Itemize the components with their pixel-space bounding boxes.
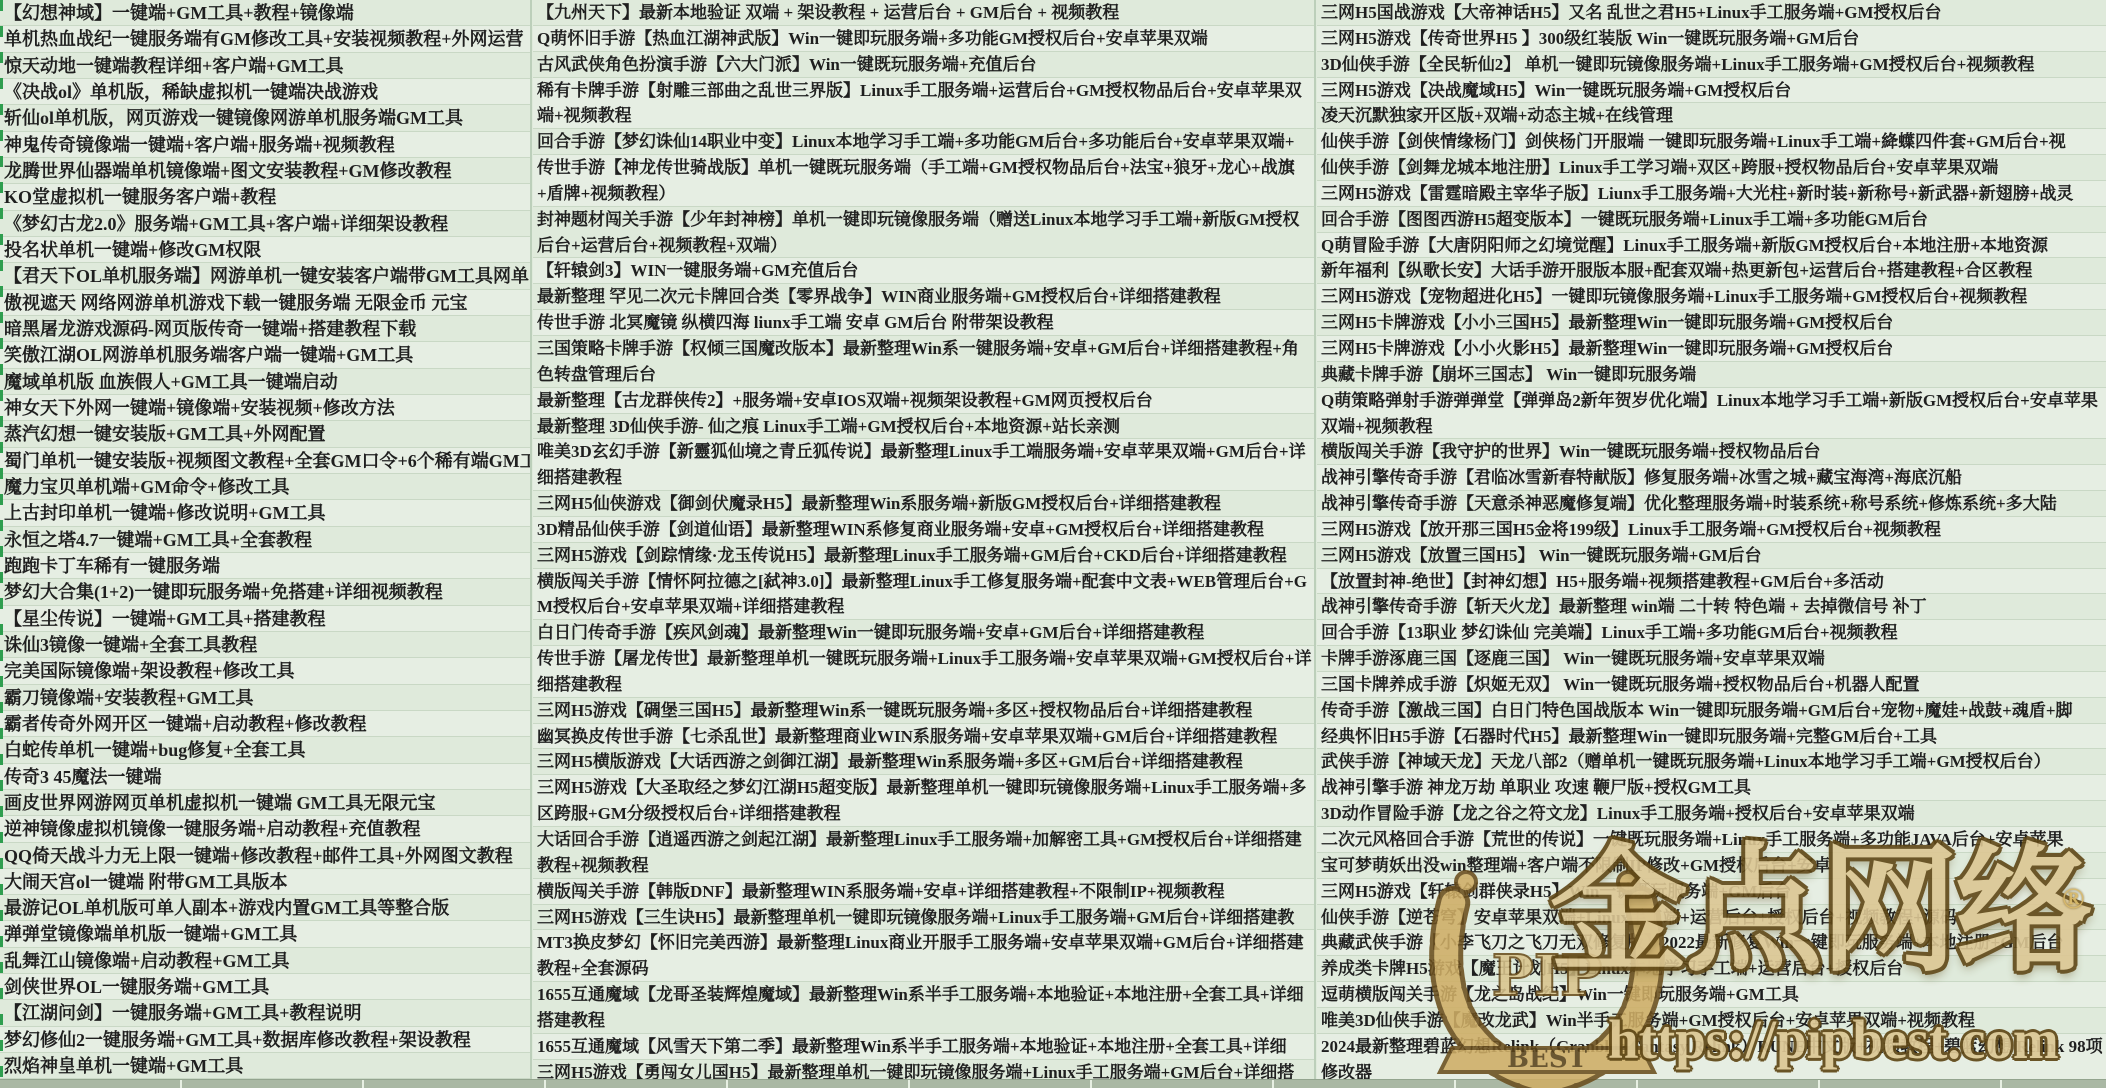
list-item: 传世手游 北冥魔镜 纵横四海 liunx手工端 安卓 GM后台 附带架设教程 (533, 310, 1314, 336)
list-item: 神鬼传奇镜像端一键端+客户端+服务端+视频教程 (0, 132, 531, 158)
list-item: 《梦幻古龙2.0》服务端+GM工具+客户端+详细架设教程 (0, 211, 531, 237)
column-divider (1314, 0, 1316, 1088)
list-item: 【放置封神-绝世】【封神幻想】H5+服务端+视频搭建教程+GM后台+多活动 (1317, 569, 2106, 595)
list-item: 横版闯关手游【情怀阿拉德之[弑神3.0]】最新整理Linux手工修复服务端+配套… (533, 569, 1314, 621)
list-item: 弹弹堂镜像端单机版一键端+GM工具 (0, 921, 531, 947)
list-item: 蒸汽幻想一键安装版+GM工具+外网配置 (0, 421, 531, 447)
list-item: 三网H5卡牌游戏【小小三国H5】最新整理Win一键即玩服务端+GM授权后台 (1317, 310, 2106, 336)
list-item: KO堂虚拟机一键服务客户端+教程 (0, 184, 531, 210)
list-item: 二次元风格回合手游【荒世的传说】一键既玩服务端+Linux手工服务端+多功能JA… (1317, 827, 2106, 853)
list-item: 大闹天宫ol一键端 附带GM工具版本 (0, 869, 531, 895)
list-item: 【君天下OL单机服务端】网游单机一键安装客户端带GM工具网单 (0, 263, 531, 289)
list-item: 经典怀旧H5手游【石器时代H5】最新整理Win一键即玩服务端+完整GM后台+工具 (1317, 724, 2106, 750)
list-item: 传世手游【神龙传世骑战版】单机一键既玩服务端（手工端+GM授权物品后台+法宝+狼… (533, 155, 1314, 207)
list-item: 宝可梦萌妖出没win整理端+客户端不限制IP修改+GM授权后台+安卓 (1317, 853, 2106, 879)
cropped-next-row-strip (0, 1079, 2106, 1088)
list-item: 典藏武侠手游【小李飞刀之飞刀无双修复版】2022最新修复Win一键即玩服务端+本… (1317, 930, 2106, 956)
list-item: 战神引擎传奇手游【天意杀神恶魔修复端】优化整理服务端+时装系统+称号系统+修炼系… (1317, 491, 2106, 517)
list-item: 三网H5仙侠游戏【御剑伏魔录H5】最新整理Win系服务端+新版GM授权后台+详细… (533, 491, 1314, 517)
list-item: 唯美3D仙侠手游【魔改龙武】Win半手工服务端+GM授权后台+安卓苹果双端+视频… (1317, 1008, 2106, 1034)
list-item: 《决战ol》单机版，稀缺虚拟机一键端决战游戏 (0, 79, 531, 105)
list-item: 大话回合手游【逍遥西游之剑起江湖】最新整理Linux手工服务端+加解密工具+GM… (533, 827, 1314, 879)
list-item: 三网H5游戏【决战魔域H5】Win一键既玩服务端+GM授权后台 (1317, 78, 2106, 104)
list-item: 霸者传奇外网开区一键端+启动教程+修改教程 (0, 711, 531, 737)
list-item: 上古封印单机一键端+修改说明+GM工具 (0, 500, 531, 526)
list-item: 三网H5游戏【大圣取经之梦幻江湖H5超变版】最新整理单机一键即玩镜像服务端+Li… (533, 775, 1314, 827)
list-item: 三国卡牌养成手游【炽姬无双】 Win一键既玩服务端+授权物品后台+机器人配置 (1317, 672, 2106, 698)
list-item: 最游记OL单机版可单人副本+游戏内置GM工具等整合版 (0, 895, 531, 921)
list-item: 梦幻修仙2一键服务端+GM工具+数据库修改教程+架设教程 (0, 1027, 531, 1053)
list-item: 横版闯关手游【韩版DNF】最新整理WIN系服务端+安卓+详细搭建教程+不限制IP… (533, 879, 1314, 905)
list-item: 笑傲江湖OL网游单机服务端客户端一键端+GM工具 (0, 342, 531, 368)
list-item: 【江湖问剑】一键服务端+GM工具+教程说明 (0, 1000, 531, 1026)
list-item: MT3换皮梦幻【怀旧完美西游】最新整理Linux商业开服手工服务端+安卓苹果双端… (533, 930, 1314, 982)
list-item: 三网H5游戏【放开那三国H5金将199级】Linux手工服务端+GM授权后台+视… (1317, 517, 2106, 543)
list-item: 最新整理【古龙群侠传2】+服务端+安卓IOS双端+视频架设教程+GM网页授权后台 (533, 388, 1314, 414)
list-item: 【轩辕剑3】WIN一键服务端+GM充值后台 (533, 258, 1314, 284)
list-item: 惊天动地一键端教程详细+客户端+GM工具 (0, 53, 531, 79)
listing-column-1: 【幻想神域】一键端+GM工具+教程+镜像端单机热血战纪一键服务端有GM修改工具+… (0, 0, 531, 1079)
list-item: 三网H5游戏【放置三国H5】 Win一键既玩服务端+GM后台 (1317, 543, 2106, 569)
list-item: 传世手游【屠龙传世】最新整理单机一键既玩服务端+Linux手工服务端+安卓苹果双… (533, 646, 1314, 698)
list-item: 单机热血战纪一键服务端有GM修改工具+安装视频教程+外网运营 (0, 26, 531, 52)
list-item: 三网H5游戏【雷霆暗殿主宰华子版】Liunx手工服务端+大光柱+新时装+新称号+… (1317, 181, 2106, 207)
list-item: 武侠手游【神域天龙】天龙八部2（赠单机一键既玩服务端+Linux本地学习手工端+… (1317, 749, 2106, 775)
list-item: 永恒之塔4.7一键端+GM工具+全套教程 (0, 527, 531, 553)
list-item: 三国策略卡牌手游【权倾三国魔改版本】最新整理Win系一键服务端+安卓+GM后台+… (533, 336, 1314, 388)
list-item: 斩仙ol单机版，网页游戏一键镜像网游单机服务端GM工具 (0, 105, 531, 131)
list-item: 逆神镜像虚拟机镜像一键服务端+启动教程+充值教程 (0, 816, 531, 842)
list-item: 霸刀镜像端+安装教程+GM工具 (0, 685, 531, 711)
list-item: 3D仙侠手游【全民斩仙2】 单机一键即玩镜像服务端+Linux手工服务端+GM授… (1317, 52, 2106, 78)
list-item: 战神引擎传奇手游【君临冰雪新春特献版】修复服务端+冰雪之城+藏宝海湾+海底沉船 (1317, 465, 2106, 491)
list-item: 三网H5游戏【三生诀H5】最新整理单机一键即玩镜像服务端+Linux手工服务端+… (533, 905, 1314, 931)
list-item: 【九州天下】最新本地验证 双端 + 架设教程 + 运营后台 + GM后台 + 视… (533, 0, 1314, 26)
list-item: 1655互通魔域【风雪天下第二季】最新整理Win系半手工服务端+本地验证+本地注… (533, 1034, 1314, 1060)
list-item: 梦幻大合集(1+2)一键即玩服务端+免搭建+详细视频教程 (0, 579, 531, 605)
column-divider (530, 0, 532, 1088)
list-item: 最新整理 罕见二次元卡牌回合类【零界战争】WIN商业服务端+GM授权后台+详细搭… (533, 284, 1314, 310)
list-item: Q萌策略弹射手游弹弹堂【弹弹岛2新年贺岁优化端】Linux本地学习手工端+新版G… (1317, 388, 2106, 440)
list-item: 凌天沉默独家开区版+双端+动态主城+在线管理 (1317, 103, 2106, 129)
list-item: 传奇3 45魔法一键端 (0, 764, 531, 790)
list-item: Q萌冒险手游【大唐阴阳师之幻境觉醒】Linux手工服务端+新版GM授权后台+本地… (1317, 233, 2106, 259)
list-item: 回合手游【13职业 梦幻诛仙 完美端】Linux手工端+多功能GM后台+视频教程 (1317, 620, 2106, 646)
list-item: 蜀门单机一键安装版+视频图文教程+全套GM口令+6个稀有端GM工具 (0, 448, 531, 474)
list-item: 战神引擎手游 神龙万劫 单职业 攻速 鞭尸版+授权GM工具 (1317, 775, 2106, 801)
list-item: 逗萌横版闯关手游【龙之岛战纪】Win一键即玩服务端+GM工具 (1317, 982, 2106, 1008)
list-item: 傲视遮天 网络网游单机游戏下载一键服务端 无限金币 元宝 (0, 290, 531, 316)
list-item: 三网H5游戏【剑踪情缘·龙玉传说H5】最新整理Linux手工服务端+GM后台+C… (533, 543, 1314, 569)
list-item: 乱舞江山镜像端+启动教程+GM工具 (0, 948, 531, 974)
list-item: 仙侠手游【剑侠情缘杨门】剑侠杨门开服端 一键即玩服务端+Linux手工端+絳蠂四… (1317, 129, 2106, 155)
list-item: 白日门传奇手游【疾风剑魂】最新整理Win一键即玩服务端+安卓+GM后台+详细搭建… (533, 620, 1314, 646)
list-item: 唯美3D玄幻手游【新靈狐仙境之青丘狐传说】最新整理Linux手工端服务端+安卓苹… (533, 439, 1314, 491)
list-item: 稀有卡牌手游【射雕三部曲之乱世三界版】Linux手工服务端+运营后台+GM授权物… (533, 78, 1314, 130)
list-item: 2024最新整理碧蓝幻想Relink（Granblue Fantasy Reli… (1317, 1034, 2106, 1086)
list-item: 三网H5横版游戏【大话西游之剑御江湖】最新整理Win系服务端+多区+GM后台+详… (533, 749, 1314, 775)
table-left-dashed-border (0, 0, 3, 1088)
list-item: 【幻想神域】一键端+GM工具+教程+镜像端 (0, 0, 531, 26)
list-item: Q萌怀旧手游【热血江湖神武版】Win一键即玩服务端+多功能GM授权后台+安卓苹果… (533, 26, 1314, 52)
list-item: 封神题材闯关手游【少年封神榜】单机一键即玩镜像服务端（赠送Linux本地学习手工… (533, 207, 1314, 259)
list-item: 仙侠手游【剑舞龙城本地注册】Linux手工学习端+双区+跨服+授权物品后台+安卓… (1317, 155, 2106, 181)
list-item: 回合手游【图图西游H5超变版本】一键既玩服务端+Linux手工端+多功能GM后台 (1317, 207, 2106, 233)
list-item: 卡牌手游涿鹿三国【逐鹿三国】 Win一键既玩服务端+安卓苹果双端 (1317, 646, 2106, 672)
list-item: 1655互通魔域【龙哥圣装辉煌魔域】最新整理Win系半手工服务端+本地验证+本地… (533, 982, 1314, 1034)
list-item: 最新整理 3D仙侠手游- 仙之痕 Linux手工端+GM授权后台+本地资源+站长… (533, 414, 1314, 440)
list-item: 诛仙3镜像一键端+全套工具教程 (0, 632, 531, 658)
list-item: 神女天下外网一键端+镜像端+安装视频+修改方法 (0, 395, 531, 421)
list-item: 三网H5游戏【轩辕剑群侠录H5】Win一键既玩服务端+GM后台 (1317, 879, 2106, 905)
list-item: 新年福利【纵歌长安】大话手游开服版本服+配套双端+热更新包+运营后台+搭建教程+… (1317, 258, 2106, 284)
list-item: 3D动作冒险手游【龙之谷之符文龙】Linux手工服务端+授权后台+安卓苹果双端 (1317, 801, 2106, 827)
list-item: 战神引擎传奇手游【斩天火龙】最新整理 win端 二十转 特色端 + 去掉微信号 … (1317, 594, 2106, 620)
list-item: QQ倚天战斗力无上限一键端+修改教程+邮件工具+外网图文教程 (0, 843, 531, 869)
list-item: 三网H5游戏【碉堡三国H5】最新整理Win系一键既玩服务端+多区+授权物品后台+… (533, 698, 1314, 724)
list-item: 横版闯关手游【我守护的世界】Win一键既玩服务端+授权物品后台 (1317, 439, 2106, 465)
list-item: 烈焰神皇单机一键端+GM工具 (0, 1053, 531, 1079)
list-item: 剑侠世界OL一键服务端+GM工具 (0, 974, 531, 1000)
list-item: 投名状单机一键端+修改GM权限 (0, 237, 531, 263)
list-item: 三网H5卡牌游戏【小小火影H5】最新整理Win一键即玩服务端+GM授权后台 (1317, 336, 2106, 362)
list-item: 三网H5游戏【宠物超进化H5】一键即玩镜像服务端+Linux手工服务端+GM授权… (1317, 284, 2106, 310)
listing-table-screen: 【幻想神域】一键端+GM工具+教程+镜像端单机热血战纪一键服务端有GM修改工具+… (0, 0, 2106, 1088)
list-item: 魔力宝贝单机端+GM命令+修改工具 (0, 474, 531, 500)
list-item: 三网H5游戏【传奇世界H5 】300级红装版 Win一键既玩服务端+GM后台 (1317, 26, 2106, 52)
list-item: 典藏卡牌手游【崩坏三国志】 Win一键即玩服务端 (1317, 362, 2106, 388)
list-item: 养成类卡牌H5游戏【魔王计划H5】Linux本地学习手工端+运营后台+授权后台 (1317, 956, 2106, 982)
list-item: 回合手游【梦幻诛仙14职业中变】Linux本地学习手工端+多功能GM后台+多功能… (533, 129, 1314, 155)
list-item: 白蛇传单机一键端+bug修复+全套工具 (0, 737, 531, 763)
listing-column-2: 【九州天下】最新本地验证 双端 + 架设教程 + 运营后台 + GM后台 + 视… (533, 0, 1314, 1085)
list-item: 完美国际镜像端+架设教程+修改工具 (0, 658, 531, 684)
list-item: 传奇手游【激战三国】白日门特色国战版本 Win一键即玩服务端+GM后台+宠物+魔… (1317, 698, 2106, 724)
listing-column-3: 三网H5国战游戏【大帝神话H5】又名 乱世之君H5+Linux手工服务端+GM授… (1317, 0, 2106, 1085)
list-item: 仙侠手游【逆苍穹】安卓苹果双端+Linux手工端+运营后台+授权后台+视频教程+… (1317, 905, 2106, 931)
list-item: 三网H5国战游戏【大帝神话H5】又名 乱世之君H5+Linux手工服务端+GM授… (1317, 0, 2106, 26)
list-item: 幽冥换皮传世手游【七杀乱世】最新整理商业WIN系服务端+安卓苹果双端+GM后台+… (533, 724, 1314, 750)
list-item: 【星尘传说】一键端+GM工具+搭建教程 (0, 606, 531, 632)
list-item: 跑跑卡丁车稀有一键服务端 (0, 553, 531, 579)
list-item: 画皮世界网游网页单机虚拟机一键端 GM工具无限元宝 (0, 790, 531, 816)
list-item: 魔域单机版 血族假人+GM工具一键端启动 (0, 369, 531, 395)
list-item: 3D精品仙侠手游【剑道仙语】最新整理WIN系修复商业服务端+安卓+GM授权后台+… (533, 517, 1314, 543)
list-item: 暗黑屠龙游戏源码-网页版传奇一键端+搭建教程下载 (0, 316, 531, 342)
list-item: 龙腾世界仙器端单机镜像端+图文安装教程+GM修改教程 (0, 158, 531, 184)
list-item: 古风武侠角色扮演手游【六大门派】Win一键既玩服务端+充值后台 (533, 52, 1314, 78)
